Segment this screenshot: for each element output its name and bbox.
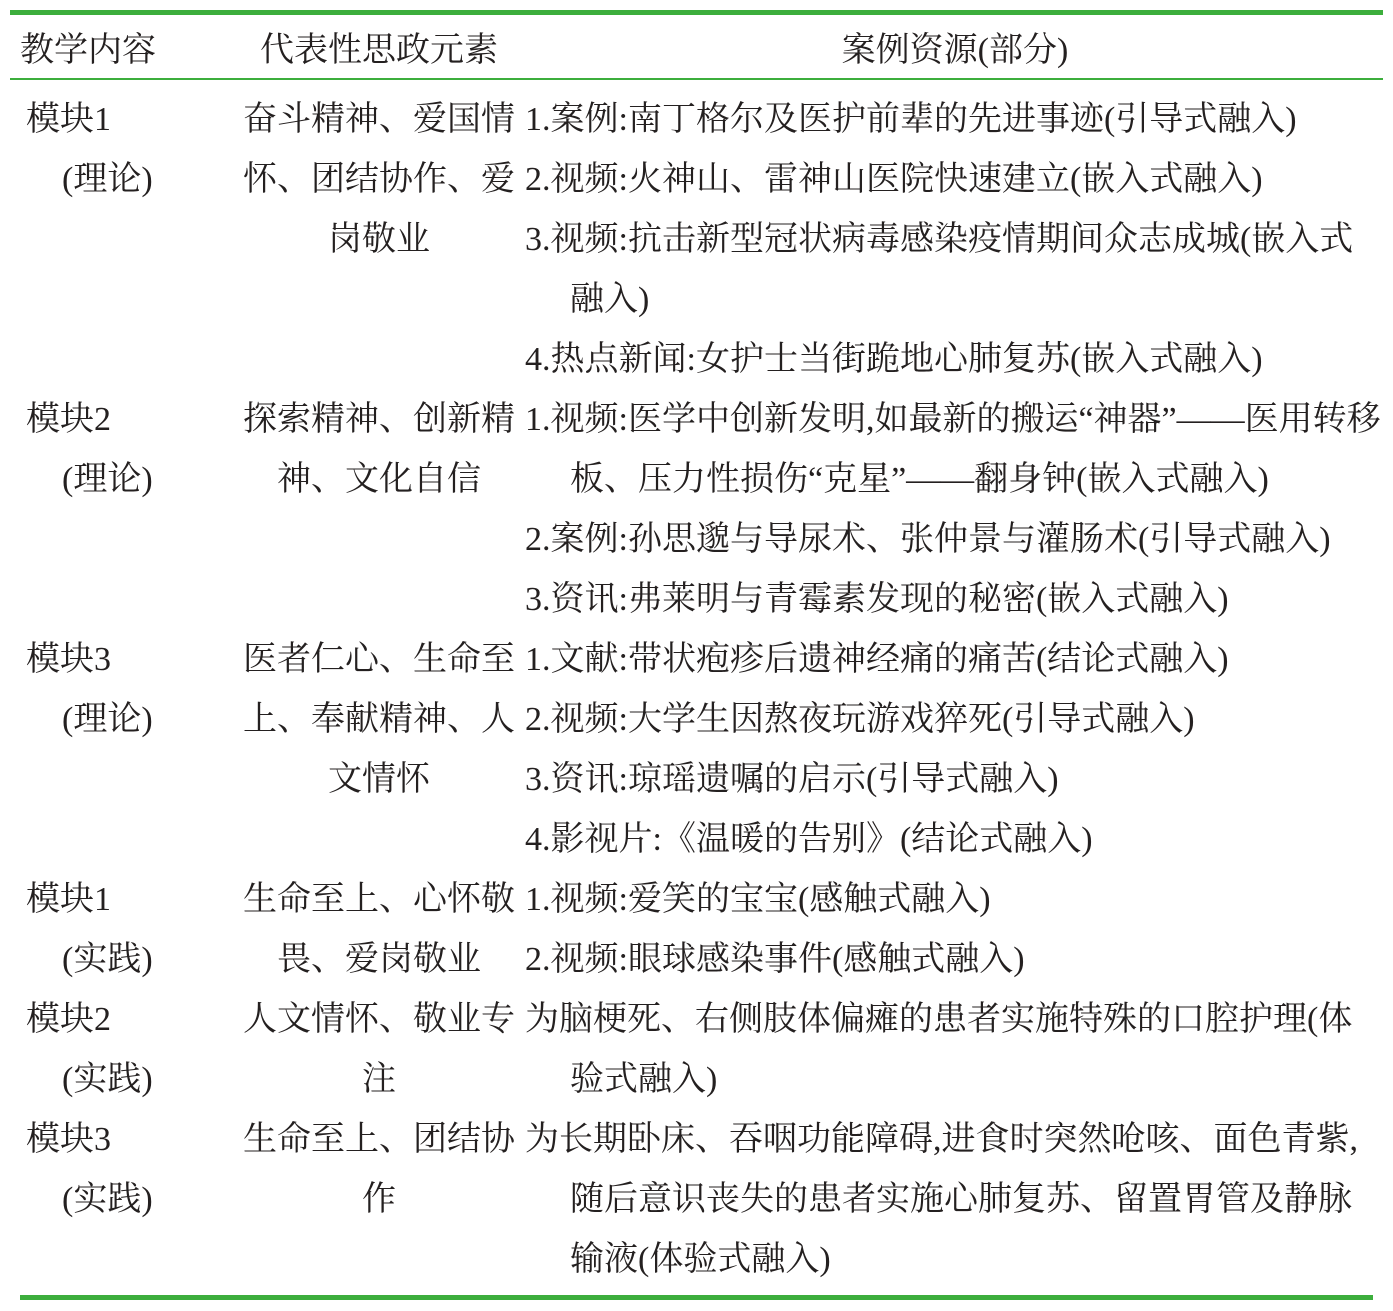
resource-item: 2.视频:火神山、雷神山医院快速建立(嵌入式融入)	[525, 150, 1383, 210]
module-phase: (理论)	[26, 450, 233, 510]
module-name: 模块1	[26, 90, 233, 150]
paper-table-page: 教学内容 代表性思政元素 案例资源(部分) 模块1 (理论) 奋斗精神、爱国情怀…	[0, 0, 1393, 1311]
table-row: 模块1 (理论) 奋斗精神、爱国情怀、团结协作、爱岗敬业 1.案例:南丁格尔及医…	[0, 90, 1393, 390]
resources-cell: 1.文献:带状疱疹后遗神经痛的痛苦(结论式融入)2.视频:大学生因熬夜玩游戏猝死…	[525, 630, 1385, 870]
resource-item: 2.视频:大学生因熬夜玩游戏猝死(引导式融入)	[525, 690, 1383, 750]
module-phase: (理论)	[26, 690, 233, 750]
resources-cell: 1.案例:南丁格尔及医护前辈的先进事迹(引导式融入)2.视频:火神山、雷神山医院…	[525, 90, 1385, 390]
table-row: 模块3 (实践) 生命至上、团结协作 为长期卧床、吞咽功能障碍,进食时突然呛咳、…	[0, 1110, 1393, 1290]
elements-cell: 人文情怀、敬业专注	[233, 990, 525, 1110]
table-row: 模块2 (实践) 人文情怀、敬业专注 为脑梗死、右侧肢体偏瘫的患者实施特殊的口腔…	[0, 990, 1393, 1110]
module-phase: (实践)	[26, 1050, 233, 1110]
module-name: 模块3	[26, 1110, 233, 1170]
table-row: 模块2 (理论) 探索精神、创新精神、文化自信 1.视频:医学中创新发明,如最新…	[0, 390, 1393, 630]
resource-item: 1.文献:带状疱疹后遗神经痛的痛苦(结论式融入)	[525, 630, 1383, 690]
resource-item: 2.视频:眼球感染事件(感触式融入)	[525, 930, 1383, 990]
header-teaching-content: 教学内容	[20, 22, 233, 71]
header-ideological-elements: 代表性思政元素	[233, 22, 525, 71]
resource-item: 3.视频:抗击新型冠状病毒感染疫情期间众志成城(嵌入式融入)	[525, 210, 1383, 330]
module-name: 模块2	[26, 990, 233, 1050]
elements-cell: 探索精神、创新精神、文化自信	[233, 390, 525, 630]
module-phase: (理论)	[26, 150, 233, 210]
table-bottom-rule	[20, 1295, 1373, 1300]
resources-cell: 1.视频:爱笑的宝宝(感触式融入)2.视频:眼球感染事件(感触式融入)	[525, 870, 1385, 990]
resources-cell: 为脑梗死、右侧肢体偏瘫的患者实施特殊的口腔护理(体验式融入)	[525, 990, 1385, 1110]
resource-item: 4.热点新闻:女护士当街跪地心肺复苏(嵌入式融入)	[525, 330, 1383, 390]
module-cell: 模块3 (理论)	[20, 630, 233, 870]
module-cell: 模块2 (实践)	[20, 990, 233, 1110]
resource-item: 为脑梗死、右侧肢体偏瘫的患者实施特殊的口腔护理(体验式融入)	[525, 990, 1383, 1110]
table-row: 模块3 (理论) 医者仁心、生命至上、奉献精神、人文情怀 1.文献:带状疱疹后遗…	[0, 630, 1393, 870]
table-row: 模块1 (实践) 生命至上、心怀敬畏、爱岗敬业 1.视频:爱笑的宝宝(感触式融入…	[0, 870, 1393, 990]
module-phase: (实践)	[26, 1170, 233, 1230]
module-cell: 模块1 (理论)	[20, 90, 233, 390]
resource-item: 4.影视片:《温暖的告别》(结论式融入)	[525, 810, 1383, 870]
elements-cell: 奋斗精神、爱国情怀、团结协作、爱岗敬业	[233, 90, 525, 390]
resource-item: 为长期卧床、吞咽功能障碍,进食时突然呛咳、面色青紫,随后意识丧失的患者实施心肺复…	[525, 1110, 1383, 1290]
module-name: 模块2	[26, 390, 233, 450]
resource-item: 1.视频:医学中创新发明,如最新的搬运“神器”——医用转移板、压力性损伤“克星”…	[525, 390, 1383, 510]
module-cell: 模块2 (理论)	[20, 390, 233, 630]
table-header-row: 教学内容 代表性思政元素 案例资源(部分)	[0, 15, 1393, 78]
elements-cell: 生命至上、心怀敬畏、爱岗敬业	[233, 870, 525, 990]
resource-item: 1.视频:爱笑的宝宝(感触式融入)	[525, 870, 1383, 930]
resources-cell: 1.视频:医学中创新发明,如最新的搬运“神器”——医用转移板、压力性损伤“克星”…	[525, 390, 1385, 630]
resource-item: 2.案例:孙思邈与导尿术、张仲景与灌肠术(引导式融入)	[525, 510, 1383, 570]
module-name: 模块3	[26, 630, 233, 690]
module-phase: (实践)	[26, 930, 233, 990]
elements-cell: 医者仁心、生命至上、奉献精神、人文情怀	[233, 630, 525, 870]
module-cell: 模块3 (实践)	[20, 1110, 233, 1290]
header-case-resources: 案例资源(部分)	[525, 22, 1385, 71]
resource-item: 3.资讯:琼瑶遗嘱的启示(引导式融入)	[525, 750, 1383, 810]
resource-item: 3.资讯:弗莱明与青霉素发现的秘密(嵌入式融入)	[525, 570, 1383, 630]
module-name: 模块1	[26, 870, 233, 930]
table-body: 模块1 (理论) 奋斗精神、爱国情怀、团结协作、爱岗敬业 1.案例:南丁格尔及医…	[0, 80, 1393, 1290]
elements-cell: 生命至上、团结协作	[233, 1110, 525, 1290]
module-cell: 模块1 (实践)	[20, 870, 233, 990]
resource-item: 1.案例:南丁格尔及医护前辈的先进事迹(引导式融入)	[525, 90, 1383, 150]
resources-cell: 为长期卧床、吞咽功能障碍,进食时突然呛咳、面色青紫,随后意识丧失的患者实施心肺复…	[525, 1110, 1385, 1290]
